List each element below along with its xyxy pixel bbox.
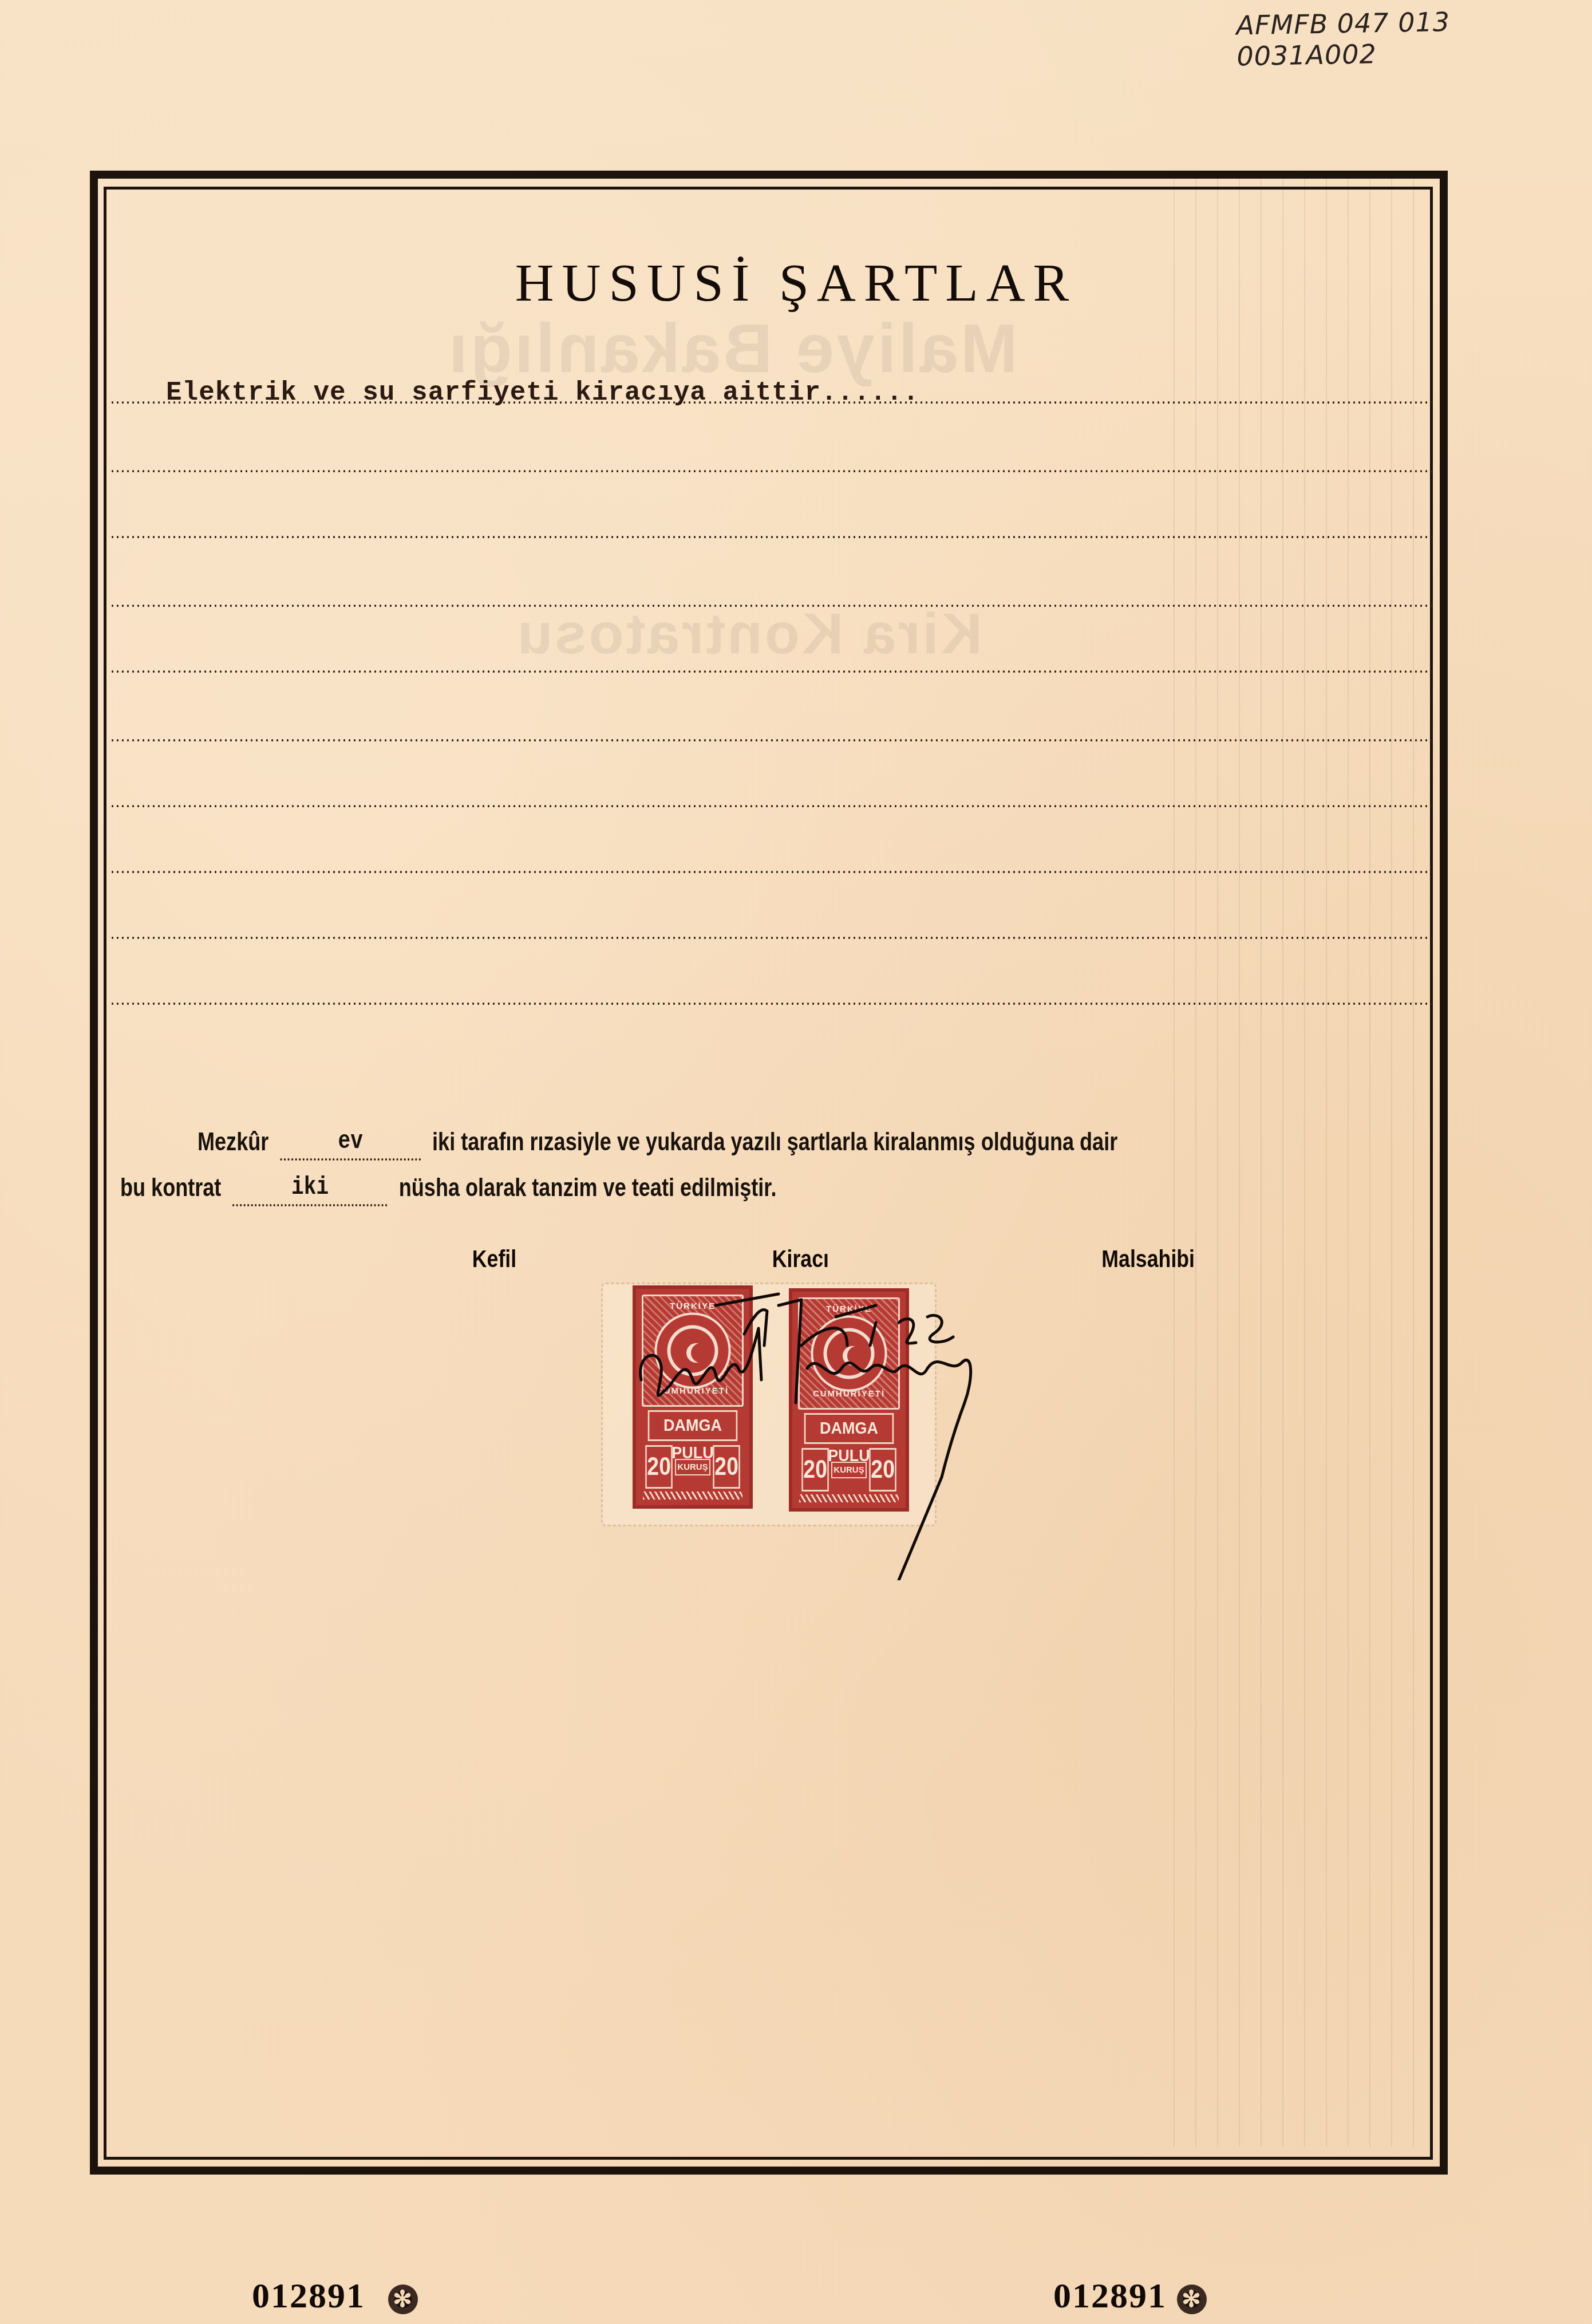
- agreement-line-2: bu kontrat iki nüsha olarak tanzim ve te…: [120, 1174, 776, 1206]
- crescent-icon: [847, 1346, 867, 1366]
- agreement-line-1: Mezkûr ev iki tarafın rızasiyle ve yukar…: [197, 1128, 1117, 1161]
- condition-text-1: Elektrik ve su sarfiyeti kiracıya aittir…: [166, 378, 919, 408]
- crescent-icon: [691, 1343, 710, 1363]
- stamp-value-left: 20: [645, 1445, 673, 1489]
- stamp-value-right: 20: [869, 1448, 896, 1492]
- rosette-icon: ✻: [388, 2284, 418, 2314]
- serial-left-value: 012891: [252, 2276, 365, 2315]
- agreement-suffix-2: nüsha olarak tanzim ve teati edilmiştir.: [399, 1174, 777, 1202]
- property-field: ev: [280, 1128, 421, 1161]
- stamp-value-row: 20 KURUŞ 20: [799, 1447, 899, 1492]
- agreement-suffix-1: iki tarafın rızasiyle ve yukarda yazılı …: [432, 1128, 1117, 1156]
- stamp-unit: KURUŞ: [831, 1462, 866, 1478]
- agreement-prefix-1: Mezkûr: [197, 1128, 268, 1156]
- archive-id: AFMFB 047 013 0031A002: [1236, 4, 1592, 72]
- revenue-stamp-1: TÜRKİYE CUMHURİYETİ DAMGA PULU 20 KURUŞ …: [633, 1285, 753, 1509]
- property-value: ev: [338, 1127, 363, 1156]
- stamp-unit: KURUŞ: [675, 1459, 710, 1475]
- condition-line-5: [110, 670, 1432, 673]
- serial-number-left: 012891✻: [252, 2276, 418, 2317]
- copies-field: iki: [232, 1174, 388, 1206]
- condition-line-10: [110, 1002, 1432, 1005]
- stamp-value-left: 20: [801, 1448, 829, 1492]
- stamp-country-bottom: CUMHURİYETİ: [792, 1389, 906, 1399]
- condition-line-8: [110, 870, 1432, 874]
- stamp-country-top: TÜRKİYE: [792, 1304, 906, 1314]
- condition-line-4: [110, 604, 1432, 607]
- condition-line-9: [110, 936, 1432, 940]
- condition-line-7: [110, 804, 1432, 808]
- stamp-name: DAMGA PULU: [804, 1413, 894, 1444]
- owner-label: Malsahibi: [1101, 1245, 1195, 1273]
- tenant-label: Kiracı: [772, 1245, 829, 1273]
- stamp-border-ornament: [799, 1494, 899, 1502]
- stamp-value-row: 20 KURUŞ 20: [643, 1445, 742, 1489]
- condition-line-3: [110, 535, 1432, 539]
- page-title: HUSUSİ ŞARTLAR: [0, 252, 1592, 314]
- agreement-prefix-2: bu kontrat: [120, 1174, 221, 1202]
- stamp-name: DAMGA PULU: [648, 1410, 738, 1441]
- stamp-country-top: TÜRKİYE: [636, 1301, 749, 1311]
- stamp-value-right: 20: [713, 1445, 740, 1489]
- stamp-border-ornament: [643, 1492, 742, 1500]
- condition-line-6: [110, 739, 1432, 742]
- stamp-country-bottom: CUMHURİYETİ: [636, 1386, 749, 1396]
- guarantor-label: Kefil: [472, 1245, 516, 1273]
- rosette-icon: ✻: [1177, 2284, 1207, 2314]
- revenue-stamp-2: TÜRKİYE CUMHURİYETİ DAMGA PULU 20 KURUŞ …: [789, 1288, 909, 1512]
- serial-right-value: 012891: [1053, 2276, 1167, 2315]
- condition-line-2: [110, 469, 1432, 473]
- serial-number-right: 012891✻: [1053, 2276, 1207, 2317]
- copies-value: iki: [291, 1173, 329, 1202]
